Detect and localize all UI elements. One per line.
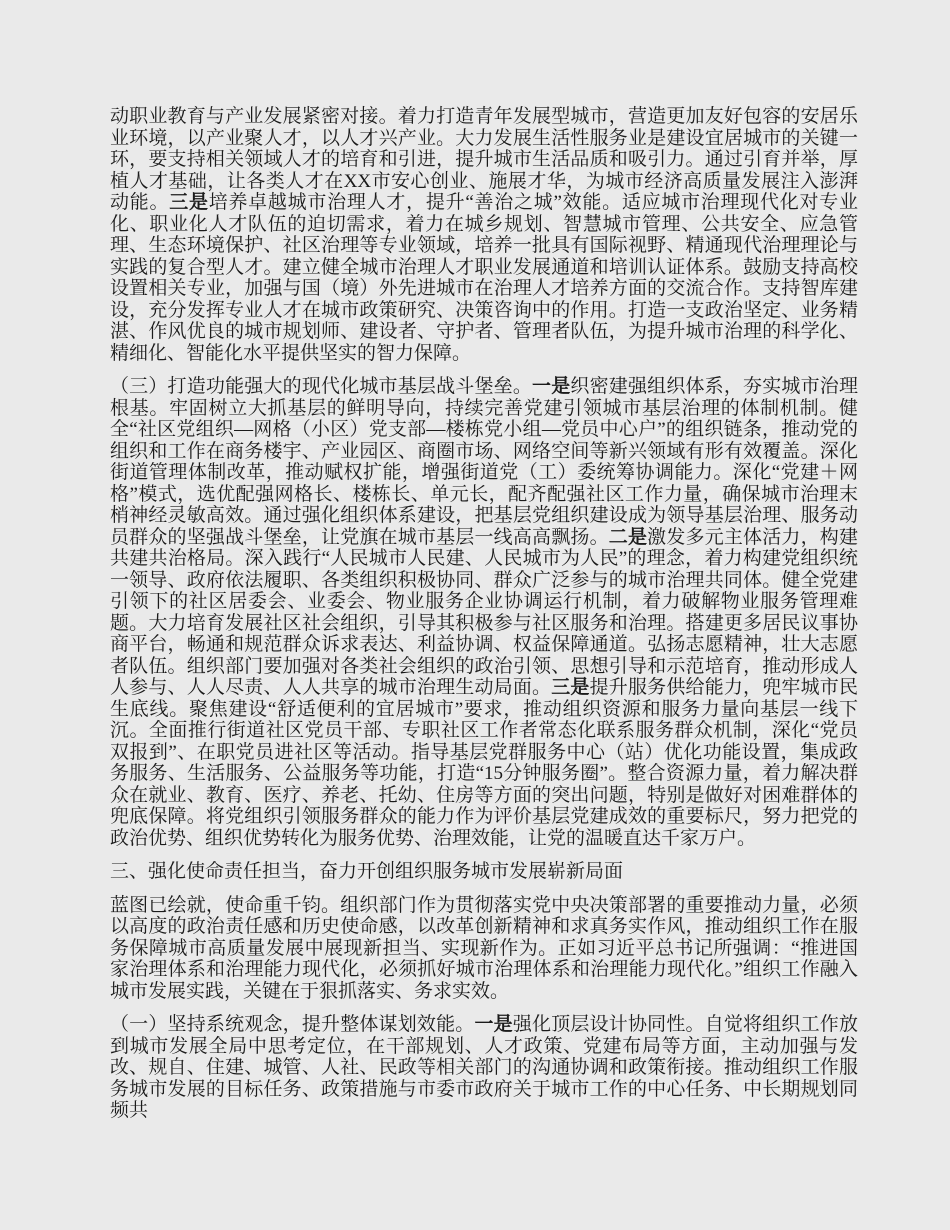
paragraph: 蓝图已绘就，使命重千钧。组织部门作为贯彻落实党中央决策部署的重要推动力量，必须以… (110, 895, 858, 1003)
bold-text-run: 一是 (532, 376, 570, 397)
text-run: （一）坚持系统观念，提升整体谋划效能。 (110, 1014, 474, 1035)
document-page: 动职业教育与产业发展紧密对接。着力打造青年发展型城市，营造更加友好包容的安居乐业… (0, 0, 950, 1230)
section-heading: 三、强化使命责任担当，奋力开创组织服务城市发展崭新局面 (110, 861, 858, 883)
bold-text-run: 三是 (551, 677, 589, 698)
bold-text-run: 二是 (609, 527, 647, 548)
text-run: 激发多元主体活力，构建共建共治格局。深入践行“人民城市人民建、人民城市为人民”的… (110, 527, 858, 699)
text-run: （三）打造功能强大的现代化城市基层战斗堡垒。 (110, 376, 532, 397)
document-body: 动职业教育与产业发展紧密对接。着力打造青年发展型城市，营造更加友好包容的安居乐业… (110, 106, 858, 1134)
text-run: 提升服务供给能力，兜牢城市民生底线。聚焦建设“舒适便利的宜居城市”要求，推动组织… (110, 677, 858, 849)
paragraph: （一）坚持系统观念，提升整体谋划效能。一是强化顶层设计协同性。自觉将组织工作放到… (110, 1014, 858, 1122)
bold-text-run: 三是 (169, 192, 208, 213)
text-run: 蓝图已绘就，使命重千钧。组织部门作为贯彻落实党中央决策部署的重要推动力量，必须以… (110, 895, 858, 1002)
bold-text-run: 一是 (474, 1014, 512, 1035)
text-run: 织密建强组织体系，夯实城市治理根基。牢固树立大抓基层的鲜明导向，持续完善党建引领… (110, 376, 858, 548)
paragraph: （三）打造功能强大的现代化城市基层战斗堡垒。一是织密建强组织体系，夯实城市治理根… (110, 376, 858, 849)
paragraph: 动职业教育与产业发展紧密对接。着力打造青年发展型城市，营造更加友好包容的安居乐业… (110, 106, 858, 364)
text-run: 培养卓越城市治理人才，提升“善治之城”效能。适应城市治理现代化对专业化、职业化人… (110, 192, 858, 364)
text-run: 三、强化使命责任担当，奋力开创组织服务城市发展崭新局面 (110, 861, 623, 882)
